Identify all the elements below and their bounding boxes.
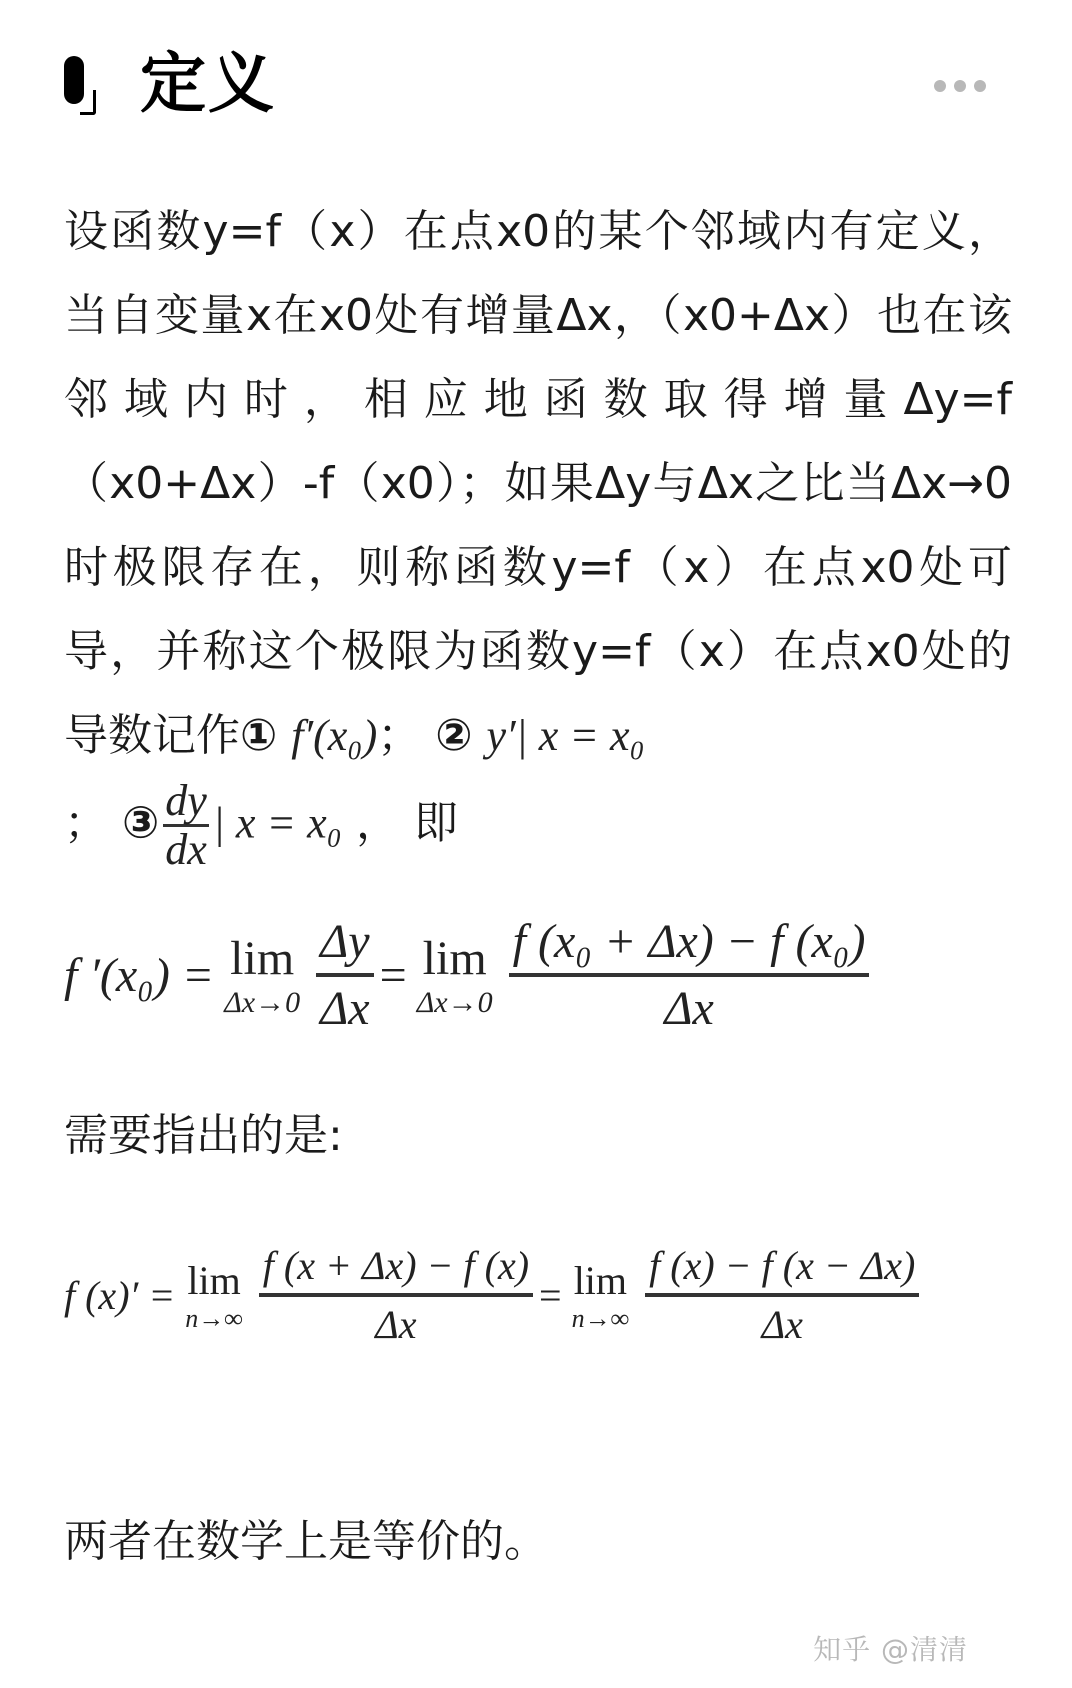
fraction-2: f (x₀ + Δx) − f (x₀) Δx (509, 914, 870, 1036)
limit-word: lim (574, 1257, 627, 1304)
fraction-numerator: f (x) − f (x − Δx) (645, 1242, 919, 1297)
separator: ； (64, 798, 108, 849)
separator: ； (377, 710, 421, 761)
limit-2: lim n→∞ (572, 1257, 630, 1334)
fraction-denominator: Δx (664, 977, 713, 1036)
more-horizontal-icon (974, 80, 986, 92)
limit-word: lim (423, 931, 487, 986)
limit-2: lim Δx→0 (417, 931, 493, 1020)
limit-1: lim n→∞ (185, 1257, 243, 1334)
notation-3-tail: | x = x₀ (213, 799, 342, 848)
definition-text: 设函数y=f（x）在点x0的某个邻域内有定义，当自变量x在x0处有增量Δx，（x… (64, 206, 1012, 761)
notation-3-fraction: dydx (163, 778, 209, 873)
fraction-denominator: dx (163, 827, 209, 873)
notation-marker-3: ③ (122, 798, 159, 849)
fraction-1: Δy Δx (316, 914, 373, 1036)
limit-subscript: Δx→0 (224, 986, 300, 1020)
limit-subscript: Δx→0 (417, 986, 493, 1020)
section-header: 定义 (0, 0, 1072, 180)
notation-1: f′(x₀) (291, 711, 377, 760)
more-horizontal-icon (934, 80, 946, 92)
limit-subscript: n→∞ (185, 1304, 243, 1334)
notation-2: y′| x = x₀ (487, 711, 645, 760)
section-title: 定义 (140, 44, 276, 124)
bookmark-quote-icon (64, 54, 104, 116)
equation-lhs: f ′(x₀) = (64, 948, 214, 1003)
fraction-numerator: Δy (316, 914, 373, 977)
derivative-equation: f ′(x₀) = lim Δx→0 Δy Δx = lim Δx→0 f (x… (64, 910, 1012, 1040)
equation-lhs: f (x)′ = (64, 1272, 175, 1319)
fraction-numerator: f (x + Δx) − f (x) (259, 1242, 533, 1297)
more-options-button[interactable] (934, 80, 986, 92)
definition-paragraph: 设函数y=f（x）在点x0的某个邻域内有定义，当自变量x在x0处有增量Δx，（x… (64, 190, 1012, 873)
equals-sign: = (380, 948, 407, 1003)
definition-tail: ， 即 (356, 798, 458, 849)
fraction-denominator: Δx (762, 1297, 803, 1348)
conclusion-text: 两者在数学上是等价的。 (64, 1500, 1012, 1584)
limit-1: lim Δx→0 (224, 931, 300, 1020)
note-label: 需要指出的是: (64, 1094, 1012, 1178)
fraction-numerator: dy (163, 778, 209, 827)
more-horizontal-icon (954, 80, 966, 92)
equals-sign: = (539, 1272, 562, 1319)
notation-marker-2: ② (435, 710, 472, 761)
limit-word: lim (230, 931, 294, 986)
fraction-numerator: f (x₀ + Δx) − f (x₀) (509, 914, 870, 977)
fraction-2: f (x) − f (x − Δx) Δx (645, 1242, 919, 1348)
limit-subscript: n→∞ (572, 1304, 630, 1334)
watermark: 知乎 @清清 (813, 1628, 968, 1668)
equivalence-equation: f (x)′ = lim n→∞ f (x + Δx) − f (x) Δx =… (64, 1240, 1012, 1350)
fraction-denominator: Δx (320, 977, 369, 1036)
fraction-1: f (x + Δx) − f (x) Δx (259, 1242, 533, 1348)
notation-marker-1: ① (240, 710, 277, 761)
fraction-denominator: Δx (375, 1297, 416, 1348)
limit-word: lim (187, 1257, 240, 1304)
